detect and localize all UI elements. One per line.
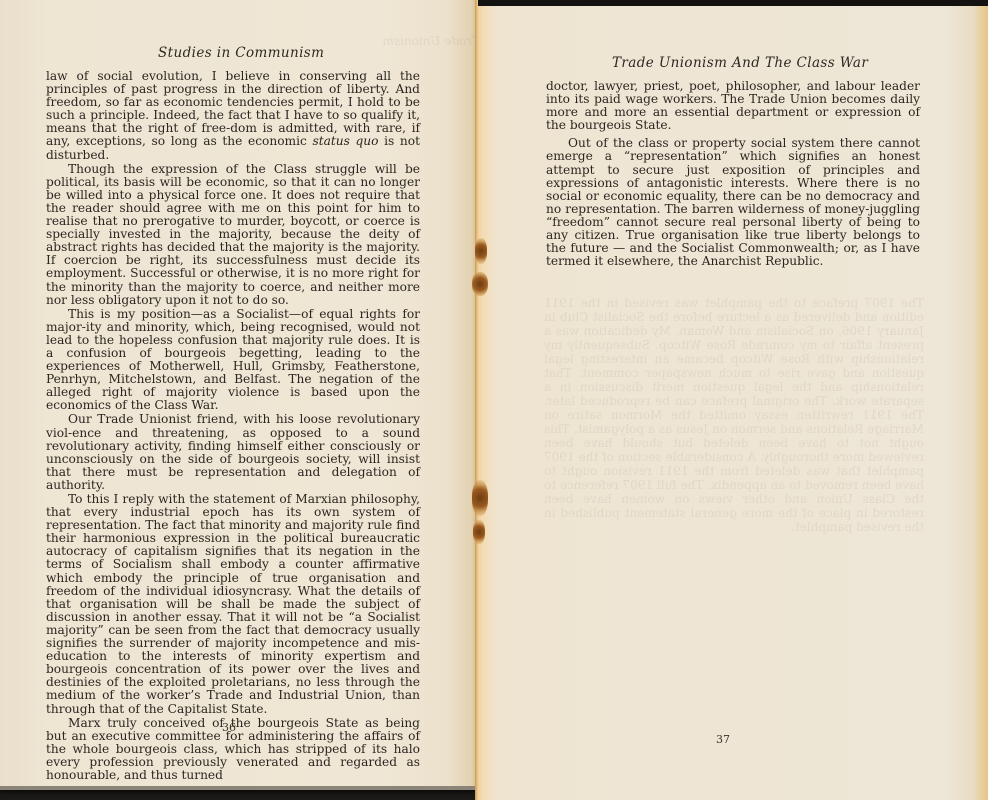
book-gutter (475, 0, 478, 800)
paragraph: Though the expression of the Class strug… (46, 163, 420, 307)
paragraph: To this I reply with the statement of Ma… (46, 493, 420, 716)
bleed-through-text: Trade Unionism (300, 34, 480, 54)
page-number-right: 37 (716, 733, 730, 746)
right-page: Trade Unionism And The Class War doctor,… (476, 6, 988, 800)
foxing-stain (472, 480, 488, 516)
book-spread: Trade Unionism Studies in Communism law … (0, 0, 988, 800)
page-number-left: 36 (222, 721, 236, 734)
paragraph: doctor, lawyer, priest, poet, philosophe… (546, 80, 920, 132)
foxing-stain (475, 238, 487, 264)
foxing-stain (473, 520, 485, 544)
foxing-stain (472, 272, 488, 296)
bleed-through-text: The 1907 preface to the pamphlet was rev… (544, 296, 924, 716)
right-page-body: doctor, lawyer, priest, poet, philosophe… (546, 80, 920, 268)
running-head-right: Trade Unionism And The Class War (612, 55, 868, 71)
paragraph: This is my position—as a Socialist—of eq… (46, 308, 420, 413)
paragraph: Out of the class or property social syst… (546, 137, 920, 268)
left-page: Trade Unionism Studies in Communism law … (0, 0, 476, 790)
left-page-body: law of social evolution, I believe in co… (46, 70, 420, 782)
italic-term: status quo (312, 134, 378, 148)
running-head-left: Studies in Communism (158, 45, 324, 61)
paragraph: law of social evolution, I believe in co… (46, 70, 420, 162)
paragraph: Our Trade Unionist friend, with his loos… (46, 413, 420, 492)
